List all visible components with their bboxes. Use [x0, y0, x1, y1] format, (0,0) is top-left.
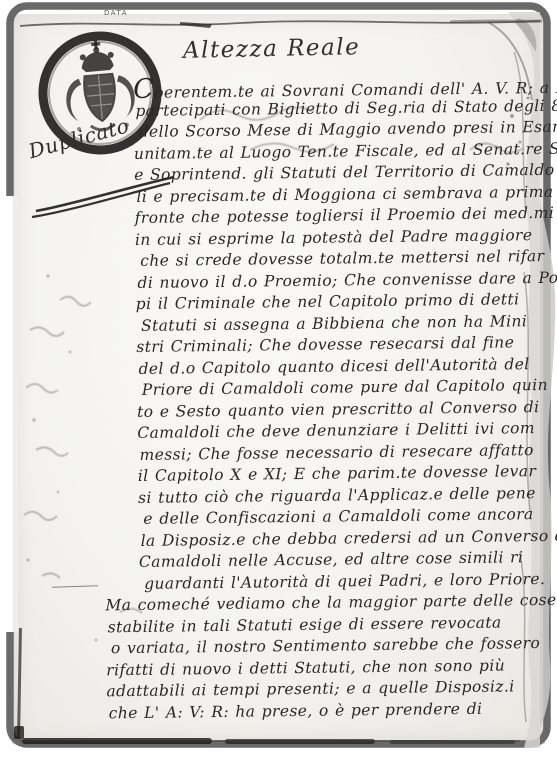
- scanned-document-view: DATA Duplicato: [0, 0, 557, 760]
- page-title: Altezza Reale: [183, 34, 361, 64]
- manuscript-body: Coerentem.te ai Sovrani Comandi dell' A.…: [133, 74, 557, 724]
- edge-print-mark: DATA: [104, 9, 128, 17]
- corner-scan-mark: [14, 726, 24, 739]
- paper-over-frame-left: [3, 196, 18, 632]
